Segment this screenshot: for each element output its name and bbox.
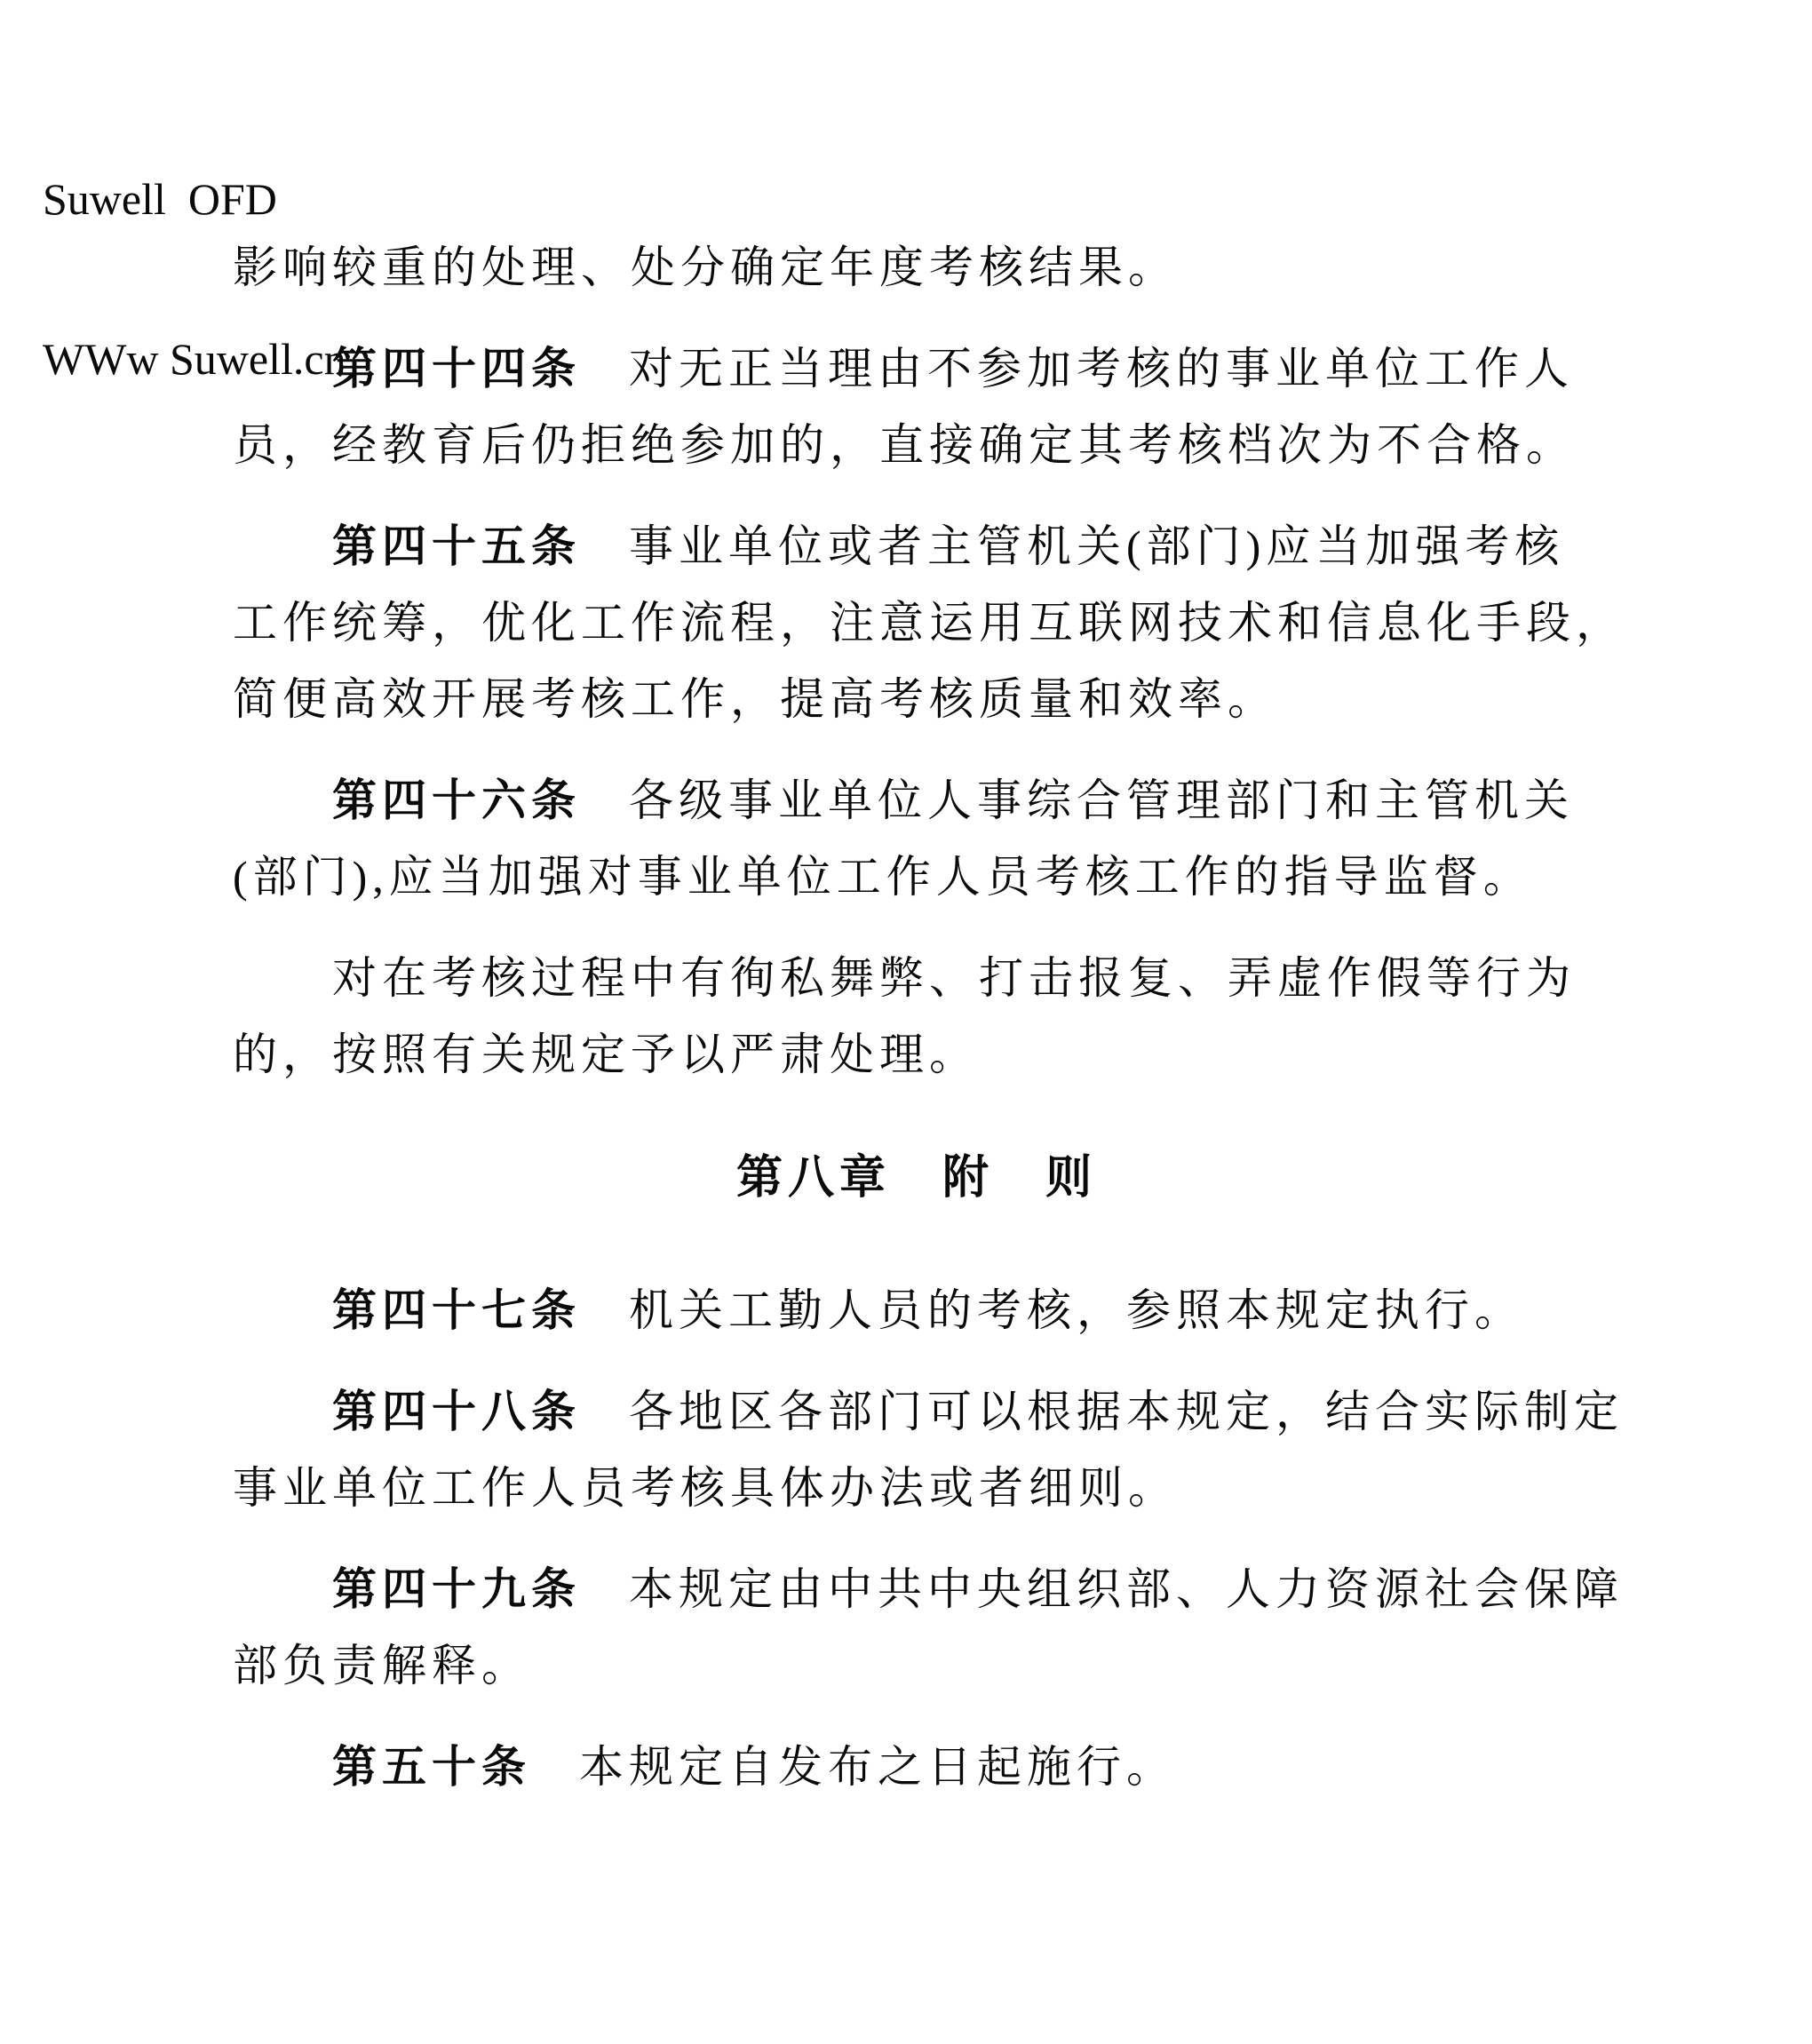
document-page: Suwell OFD WWw Suwell.cn 影响较重的处理、处分确定年度考… [0, 0, 1812, 2044]
text-line: 事业单位工作人员考核具体办法或者细则。 [233, 1450, 1601, 1526]
text-line: 影响较重的处理、处分确定年度考核结果。 [233, 229, 1601, 306]
paragraph: 影响较重的处理、处分确定年度考核结果。 [233, 229, 1601, 306]
paragraph: 第四十五条事业单位或者主管机关(部门)应当加强考核工作统筹，优化工作流程，注意运… [233, 508, 1601, 737]
line-text: 各地区各部门可以根据本规定，结合实际制定 [629, 1387, 1624, 1436]
line-text: 员，经教育后仍拒绝参加的，直接确定其考核档次为不合格。 [233, 420, 1576, 470]
text-line: 第四十六条各级事业单位人事综合管理部门和主管机关 [233, 762, 1601, 839]
line-text: 事业单位工作人员考核具体办法或者细则。 [233, 1463, 1178, 1513]
line-text: (部门),应当加强对事业单位工作人员考核工作的指导监督。 [233, 852, 1533, 902]
paragraph: 第四十九条本规定由中共中央组织部、人力资源社会保障部负责解释。 [233, 1551, 1601, 1704]
paragraph: 第五十条本规定自发布之日起施行。 [233, 1729, 1601, 1805]
line-text: 对无正当理由不参加考核的事业单位工作人 [629, 344, 1574, 394]
text-line: 第四十九条本规定由中共中央组织部、人力资源社会保障 [233, 1551, 1601, 1627]
paragraph: 对在考核过程中有徇私舞弊、打击报复、弄虚作假等行为的，按照有关规定予以严肃处理。 [233, 940, 1601, 1093]
paragraph: 第四十八条各地区各部门可以根据本规定，结合实际制定事业单位工作人员考核具体办法或… [233, 1373, 1601, 1526]
line-text: 对在考核过程中有徇私舞弊、打击报复、弄虚作假等行为 [332, 953, 1576, 1003]
line-text: 影响较重的处理、处分确定年度考核结果。 [233, 243, 1178, 292]
article-number: 第四十九条 [332, 1564, 581, 1614]
article-number: 第四十八条 [332, 1387, 581, 1436]
line-text: 工作统筹，优化工作流程，注意运用互联网技术和信息化手段， [233, 598, 1625, 648]
text-line: (部门),应当加强对事业单位工作人员考核工作的指导监督。 [233, 839, 1601, 915]
article-number: 第四十七条 [332, 1285, 581, 1335]
article-number: 第四十四条 [332, 344, 581, 394]
text-line: 第四十四条对无正当理由不参加考核的事业单位工作人 [233, 330, 1601, 407]
line-text: 事业单位或者主管机关(部门)应当加强考核 [629, 521, 1564, 571]
text-line: 第四十八条各地区各部门可以根据本规定，结合实际制定 [233, 1373, 1601, 1450]
paragraph: 第四十六条各级事业单位人事综合管理部门和主管机关(部门),应当加强对事业单位工作… [233, 762, 1601, 915]
paragraph: 第四十四条对无正当理由不参加考核的事业单位工作人员，经教育后仍拒绝参加的，直接确… [233, 330, 1601, 483]
line-text: 简便高效开展考核工作，提高考核质量和效率。 [233, 674, 1277, 724]
text-line: 第四十五条事业单位或者主管机关(部门)应当加强考核 [233, 508, 1601, 585]
text-line: 对在考核过程中有徇私舞弊、打击报复、弄虚作假等行为 [233, 940, 1601, 1016]
line-text: 部负责解释。 [233, 1641, 531, 1690]
text-line: 简便高效开展考核工作，提高考核质量和效率。 [233, 661, 1601, 737]
text-line: 的，按照有关规定予以严肃处理。 [233, 1016, 1601, 1093]
watermark-line-1: Suwell OFD [43, 172, 346, 226]
article-number: 第五十条 [332, 1742, 531, 1792]
article-number: 第四十五条 [332, 521, 581, 571]
line-text: 本规定由中共中央组织部、人力资源社会保障 [629, 1564, 1624, 1614]
text-line: 部负责解释。 [233, 1627, 1601, 1704]
text-line: 第五十条本规定自发布之日起施行。 [233, 1729, 1601, 1805]
line-text: 机关工勤人员的考核，参照本规定执行。 [629, 1285, 1524, 1335]
chapter-heading: 第八章 附 则 [233, 1141, 1601, 1217]
document-body: 影响较重的处理、处分确定年度考核结果。第四十四条对无正当理由不参加考核的事业单位… [233, 229, 1601, 1805]
article-number: 第四十六条 [332, 775, 581, 825]
line-text: 各级事业单位人事综合管理部门和主管机关 [629, 775, 1574, 825]
line-text: 本规定自发布之日起施行。 [579, 1742, 1176, 1792]
text-line: 员，经教育后仍拒绝参加的，直接确定其考核档次为不合格。 [233, 407, 1601, 483]
text-line: 第四十七条机关工勤人员的考核，参照本规定执行。 [233, 1272, 1601, 1348]
paragraph: 第四十七条机关工勤人员的考核，参照本规定执行。 [233, 1272, 1601, 1348]
text-line: 工作统筹，优化工作流程，注意运用互联网技术和信息化手段， [233, 585, 1601, 661]
line-text: 的，按照有关规定予以严肃处理。 [233, 1030, 979, 1079]
